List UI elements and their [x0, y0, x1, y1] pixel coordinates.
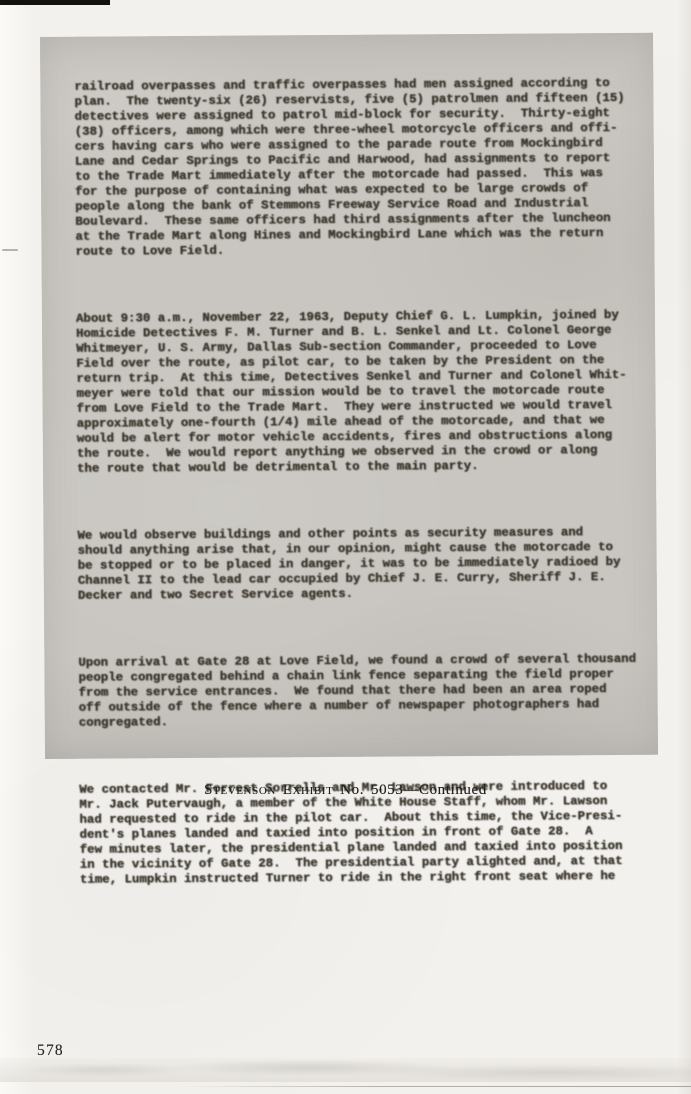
typed-line: the route that would be detrimental to t… — [77, 458, 640, 477]
exhibit-caption-title: Stevenson Exhibit — [204, 782, 333, 798]
scan-edge-artifact-top — [0, 0, 110, 5]
page-number: 578 — [37, 1042, 64, 1060]
typed-line: Decker and two Secret Service agents. — [78, 585, 641, 604]
scanned-exhibit-photostat: railroad overpasses and traffic overpass… — [40, 33, 658, 759]
typed-line: time, Lumpkin instructed Turner to ride … — [80, 869, 643, 888]
exhibit-caption: Stevenson Exhibit No. 5053—Continued — [0, 782, 691, 799]
paragraph-3: We would observe buildings and other poi… — [77, 525, 641, 604]
paragraph-4: Upon arrival at Gate 28 at Love Field, w… — [78, 652, 642, 731]
typed-line: congregated. — [79, 712, 642, 731]
paragraph-2: About 9:30 a.m., November 22, 1963, Depu… — [76, 308, 640, 477]
exhibit-caption-number: No. 5053—Continued — [340, 782, 487, 798]
typed-report-text: railroad overpasses and traffic overpass… — [40, 33, 659, 940]
document-page: railroad overpasses and traffic overpass… — [0, 0, 691, 1094]
margin-mark-artifact — [2, 249, 18, 251]
page-bottom-line-artifact — [180, 1086, 691, 1087]
typed-line: route to Love Field. — [75, 241, 638, 260]
scan-shadow-band — [0, 1058, 691, 1082]
paragraph-1: railroad overpasses and traffic overpass… — [74, 76, 638, 260]
